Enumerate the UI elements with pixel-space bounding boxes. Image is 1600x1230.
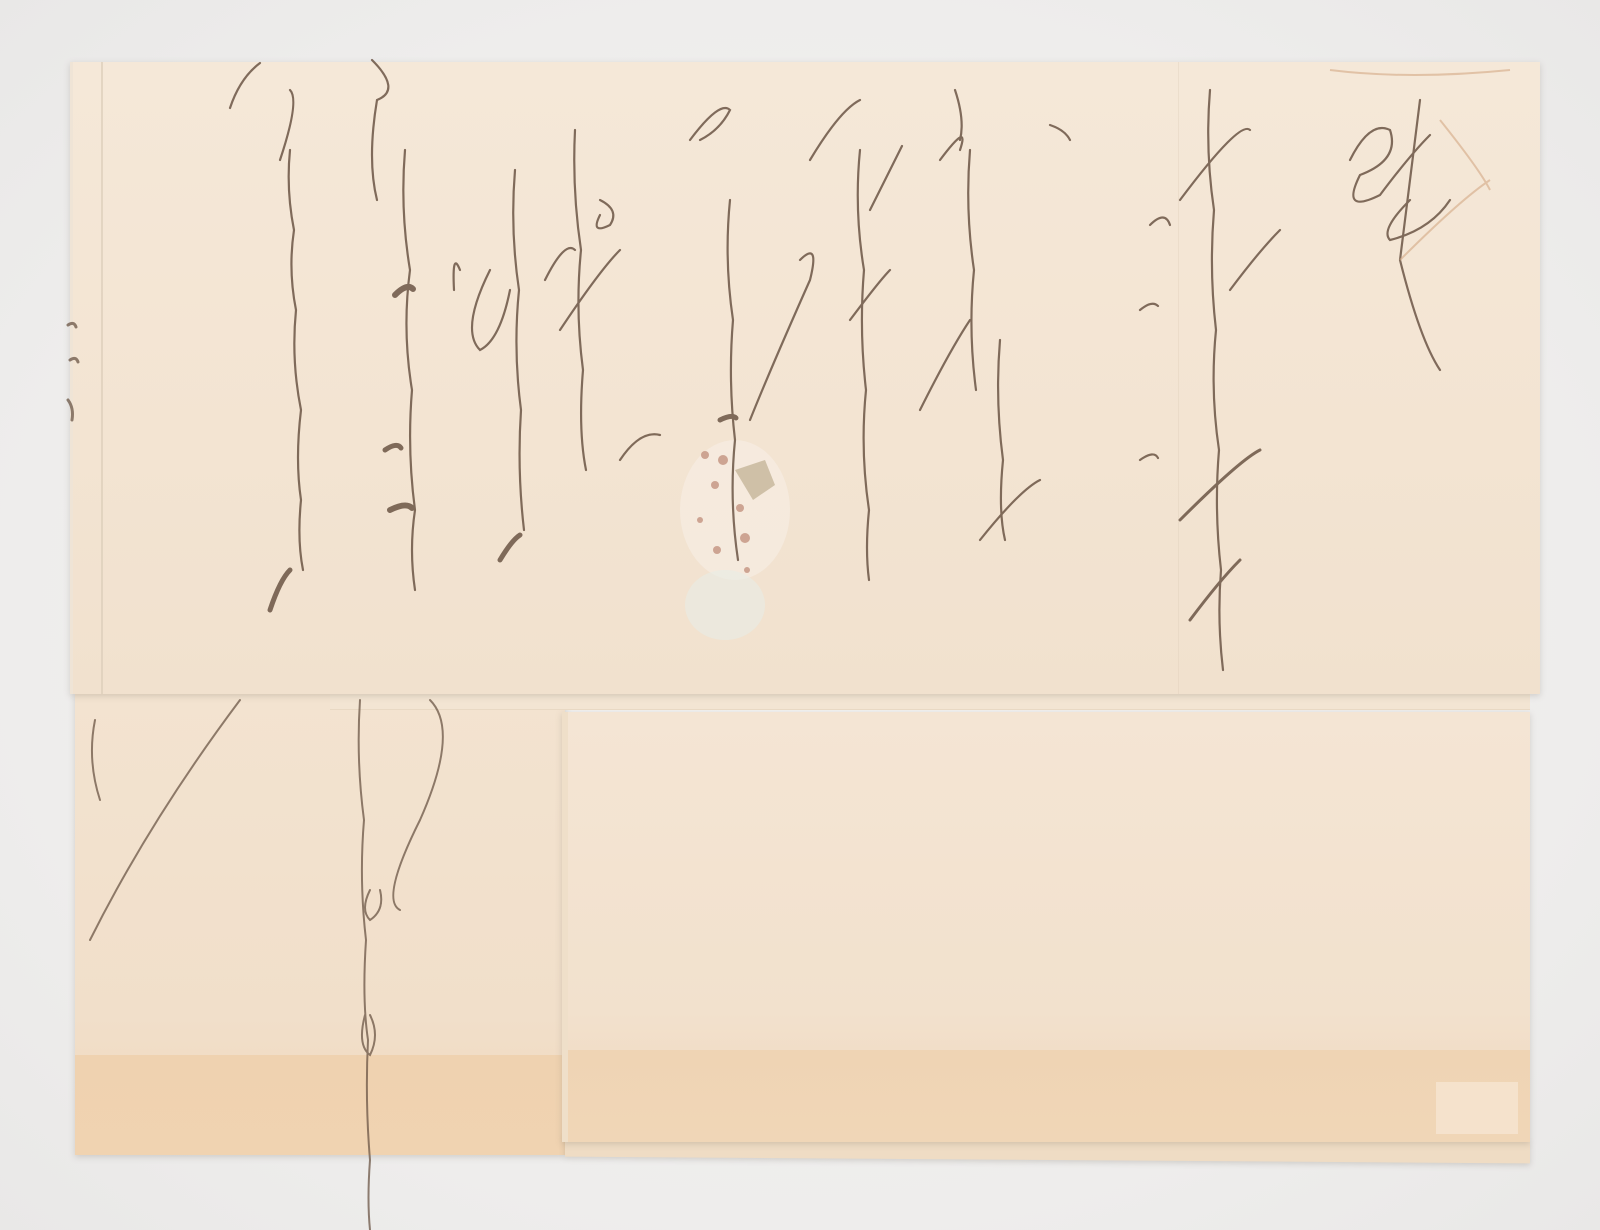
fold-crease (101, 62, 103, 694)
lower-left-flap (75, 692, 565, 1155)
light-patch (1436, 1082, 1518, 1134)
age-stain (568, 1050, 1530, 1142)
address-panel (562, 712, 1530, 1142)
fold-crease (1178, 62, 1179, 694)
top-folded-panel (70, 62, 1540, 694)
age-stain (75, 1055, 565, 1155)
seal-residue (665, 420, 805, 650)
